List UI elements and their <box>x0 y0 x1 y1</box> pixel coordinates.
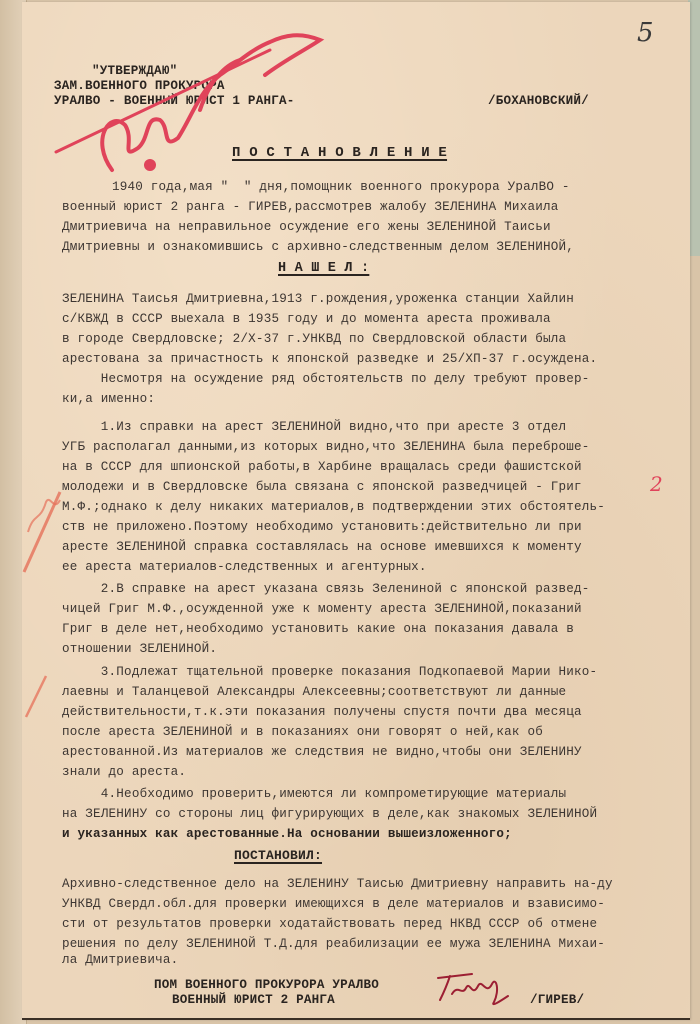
approval-signatory: /БОХАНОВСКИЙ/ <box>488 94 589 108</box>
intro-line: 1940 года,мая " " дня,помощник военного … <box>112 180 570 194</box>
resolution-line: Архивно-следственное дело на ЗЕЛЕНИНУ Та… <box>62 877 613 891</box>
intro-line: Дмитриевны и ознакомившись с архивно-сле… <box>62 240 574 254</box>
point-line: Григ в деле нет,необходимо установить ка… <box>62 622 574 636</box>
resolved-heading: ПОСТАНОВИЛ: <box>234 848 322 863</box>
point-line: М.Ф.;однако к делу никаких материалов,в … <box>62 500 605 514</box>
signature-rank: ВОЕННЫЙ ЮРИСТ 2 РАНГА <box>172 993 335 1007</box>
point-line: УГБ располагал данными,из которых видно,… <box>62 440 590 454</box>
approval-approved-label: "УТВЕРЖДАЮ" <box>92 64 177 78</box>
found-line: в городе Свердловске; 2/Х-37 г.УНКВД по … <box>62 332 566 346</box>
point-line: на в СССР для шпионской работы,в Харбине… <box>62 460 582 474</box>
point-line: лаевны и Таланцевой Александры Алексеевн… <box>62 685 566 699</box>
point-line: действительности,т.к.эти показания получ… <box>62 705 582 719</box>
point-line: 1.Из справки на арест ЗЕЛЕНИНОЙ видно,чт… <box>62 420 566 434</box>
resolution-line: решения по делу ЗЕЛЕНИНОЙ Т.Д.для реабил… <box>62 937 605 951</box>
point-line: после ареста ЗЕЛЕНИНОЙ и в показаниях он… <box>62 725 543 739</box>
found-line: ЗЕЛЕНИНА Таисья Дмитриевна,1913 г.рожден… <box>62 292 574 306</box>
document-title: П О С Т А Н О В Л Е Н И Е <box>232 145 447 161</box>
point-line: 3.Подлежат тщательной проверке показания… <box>62 665 597 679</box>
found-line: ки,а именно: <box>62 392 155 406</box>
signature-position: ПОМ ВОЕННОГО ПРОКУРОРА УРАЛВО <box>154 978 379 992</box>
resolution-line: сти от результатов проверки ходатайствов… <box>62 917 597 931</box>
approval-rank: УРАЛВО - ВОЕННЫЙ ЮРИСТ 1 РАНГА- <box>54 94 294 108</box>
signature-signatory: /ГИРЕВ/ <box>530 993 584 1007</box>
resolution-line: УНКВД Свердл.обл.для проверки имеющихся … <box>62 897 605 911</box>
point-line: отношении ЗЕЛЕНИНОЙ. <box>62 642 217 656</box>
point-line: молодежи и в Свердловске была связана с … <box>62 480 582 494</box>
found-heading: Н А Ш Е Л : <box>278 261 369 276</box>
point-line: 2.В справке на арест указана связь Зелен… <box>62 582 590 596</box>
point-line: арестованной.Из материалов же следствия … <box>62 745 582 759</box>
intro-line: военный юрист 2 ранга - ГИРЕВ,рассмотрев… <box>62 200 558 214</box>
point-line: ее ареста материалов-следственных и аген… <box>62 560 427 574</box>
point-line: на ЗЕЛЕНИНУ со стороны лиц фигурирующих … <box>62 807 597 821</box>
point-line: знали до ареста. <box>62 765 186 779</box>
document-page: 5 "УТВЕРЖДАЮ" ЗАМ.ВОЕННОГО ПРОКУРОРА УРА… <box>22 2 690 1020</box>
margin-pencil-tick-icon <box>22 672 52 722</box>
point-line: и указанных как арестованные.На основани… <box>62 827 512 841</box>
found-line: арестована за причастность к японской ра… <box>62 352 597 366</box>
point-line: ств не приложено.Поэтому необходимо уста… <box>62 520 582 534</box>
handwritten-signature-icon <box>432 970 522 1010</box>
intro-line: Дмитриевича на неправильное осуждение ег… <box>62 220 551 234</box>
point-line: 4.Необходимо проверить,имеются ли компро… <box>62 787 566 801</box>
margin-red-mark: 2 <box>650 472 663 496</box>
found-line: Несмотря на осуждение ряд обстоятельств … <box>62 372 590 386</box>
point-line: чицей Григ М.Ф.,осужденной уже к моменту… <box>62 602 582 616</box>
resolution-line: ла Дмитриевича. <box>62 953 178 967</box>
point-line: аресте ЗЕЛЕНИНОЙ справка составлялась на… <box>62 540 582 554</box>
found-line: с/КВЖД в СССР выехала в 1935 году и до м… <box>62 312 551 326</box>
folio-number: 5 <box>637 18 654 48</box>
approval-position: ЗАМ.ВОЕННОГО ПРОКУРОРА <box>54 79 225 93</box>
